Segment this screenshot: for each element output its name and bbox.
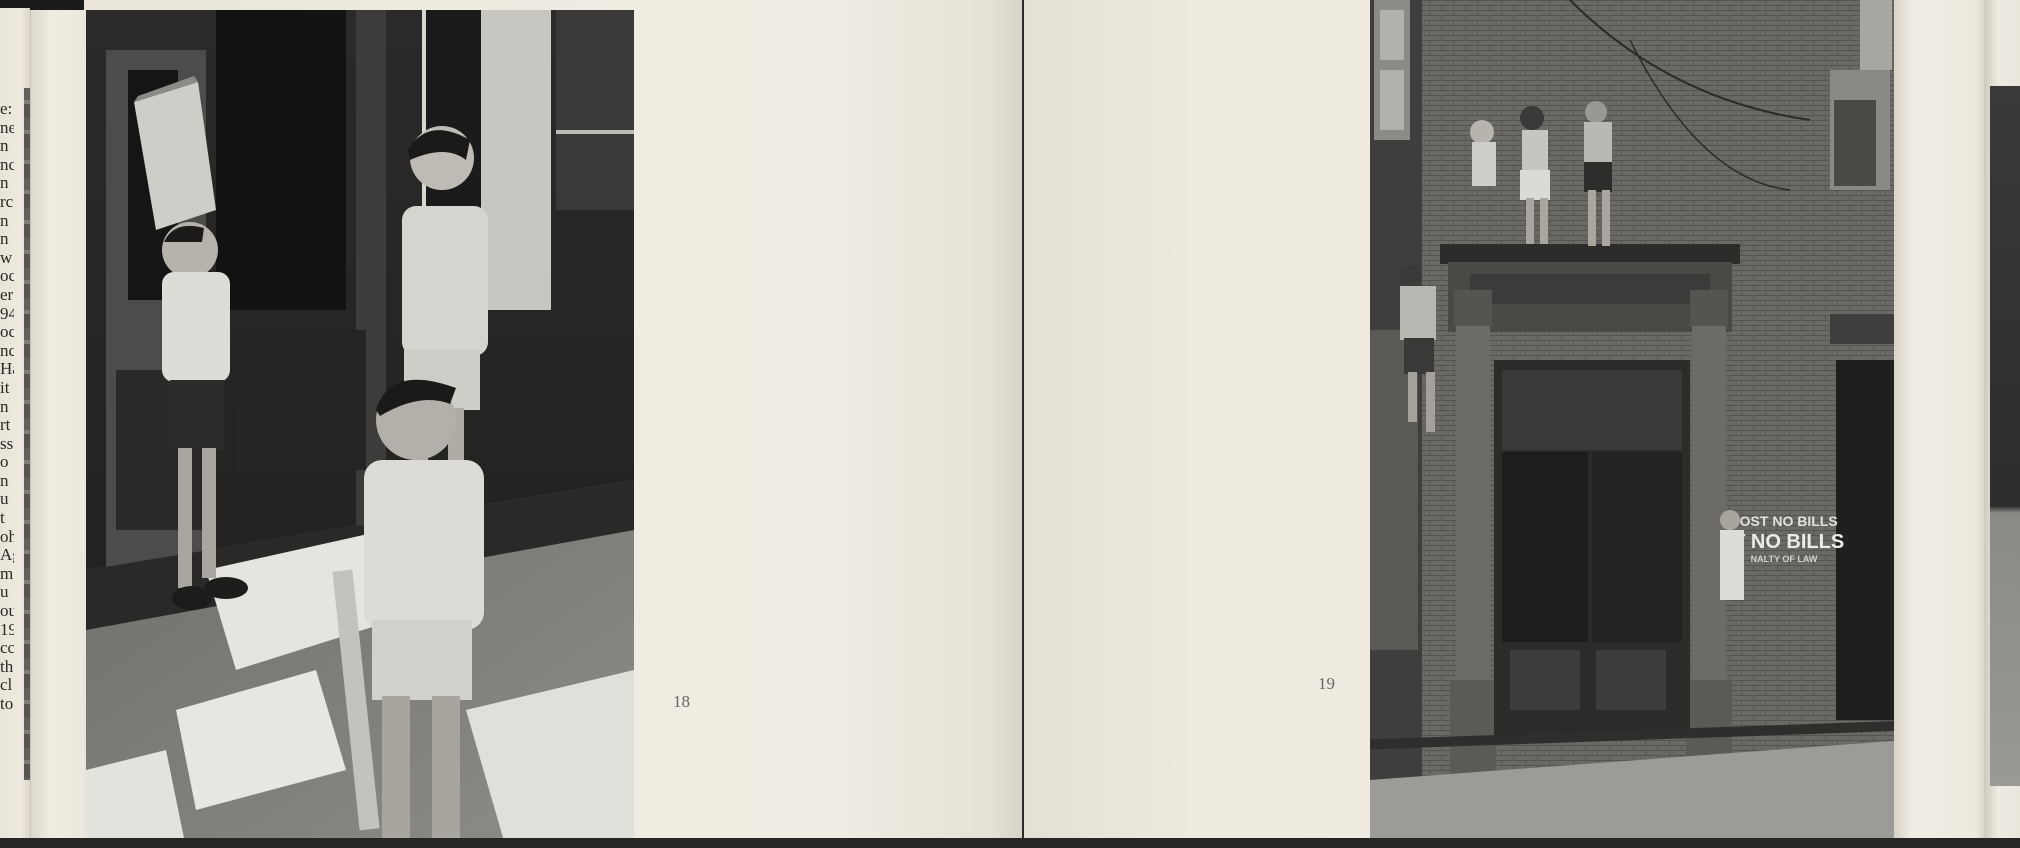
- photo-boys-climbing-doorway: POST NO BILLS ST NO BILLS NALTY OF LAW: [1370, 0, 1906, 838]
- table-surface: [0, 838, 2020, 848]
- cut-off-text-column: e: ne n nc n rc n n w oc er 94 oc nc Ha …: [0, 100, 14, 714]
- page-number-18: 18: [673, 692, 690, 712]
- svg-text:NALTY OF LAW: NALTY OF LAW: [1751, 554, 1818, 564]
- right-stacked-page-edge: [1894, 0, 1990, 838]
- gutter-shadow: [990, 0, 1024, 848]
- photo-boys-doorway: [86, 10, 634, 848]
- page-number-19: 19: [1318, 674, 1335, 694]
- svg-text:POST NO BILLS: POST NO BILLS: [1730, 513, 1837, 529]
- cut-off-right-photo: [1990, 86, 2020, 786]
